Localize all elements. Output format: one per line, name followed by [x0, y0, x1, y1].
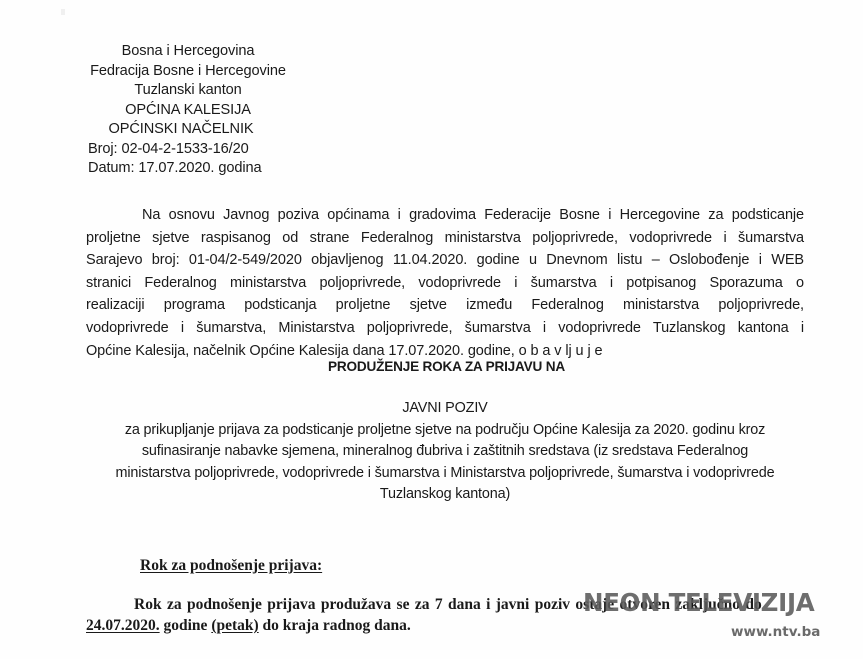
- document-title: PRODUŽENJE ROKA ZA PRIJAVU NA: [0, 359, 863, 374]
- public-call-line: sufinasiranje nabavke sjemena, mineralno…: [86, 441, 804, 463]
- public-call-heading: JAVNI POZIV: [86, 398, 804, 420]
- intro-line: stranici Federalnog ministarstva poljopr…: [86, 272, 804, 295]
- public-call-block: JAVNI POZIV za prikupljanje prijava za p…: [86, 398, 804, 506]
- public-call-line: Tuzlanskog kantona): [86, 484, 804, 506]
- intro-line: proljetne sjetve raspisanog od strane Fe…: [86, 227, 804, 250]
- header-federation: Fedracija Bosne i Hercegovine: [88, 62, 288, 82]
- intro-line: Na osnovu Javnog poziva općinama i grado…: [86, 204, 804, 227]
- public-call-line: ministarstva poljoprivrede, vodoprivrede…: [86, 463, 804, 485]
- header-country: Bosna i Hercegovina: [88, 42, 288, 62]
- deadline-date: 24.07.2020.: [86, 617, 160, 634]
- scanned-document-page: Bosna i Hercegovina Fedracija Bosne i He…: [0, 0, 863, 659]
- intro-line: vodoprivrede i šumarstva, Ministarstva p…: [86, 317, 804, 340]
- public-call-line: za prikupljanje prijava za podsticanje p…: [86, 420, 804, 442]
- scan-speck: [61, 9, 65, 15]
- header-canton: Tuzlanski kanton: [88, 81, 288, 101]
- header-municipality: OPĆINA KALESIJA: [88, 101, 288, 121]
- watermark-url: www.ntv.ba: [731, 624, 820, 640]
- deadline-day: (petak): [211, 617, 258, 634]
- intro-paragraph: Na osnovu Javnog poziva općinama i grado…: [86, 204, 804, 362]
- watermark-brand: NEON TELEVIZIJA: [583, 588, 814, 617]
- intro-line: Sarajevo broj: 01-04/2-549/2020 objavlje…: [86, 249, 804, 272]
- header-date: Datum: 17.07.2020. godina: [88, 159, 288, 179]
- document-header: Bosna i Hercegovina Fedracija Bosne i He…: [88, 42, 288, 179]
- deadline-heading: Rok za podnošenje prijava:: [140, 557, 322, 575]
- deadline-line: 24.07.2020. godine (petak) do kraja radn…: [86, 615, 806, 636]
- deadline-text-mid: godine: [160, 617, 212, 634]
- header-reference-number: Broj: 02-04-2-1533-16/20: [88, 140, 288, 160]
- intro-line: realizaciji programa podsticanja proljet…: [86, 294, 804, 317]
- deadline-text-rest: do kraja radnog dana.: [259, 617, 411, 634]
- header-mayor: OPĆINSKI NAČELNIK: [88, 120, 288, 140]
